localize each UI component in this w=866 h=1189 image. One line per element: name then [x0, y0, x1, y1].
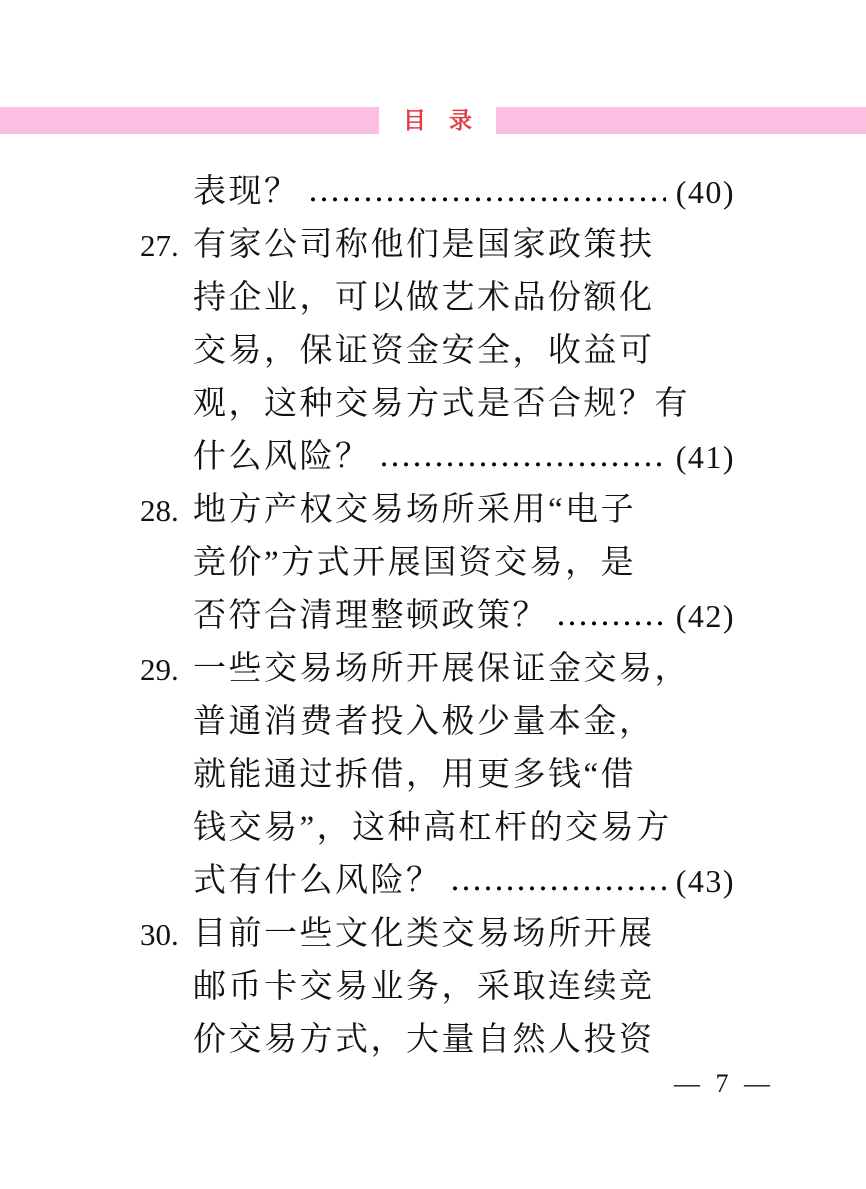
entry-lines: 一些交易场所开展保证金交易，普通消费者投入极少量本金，就能通过拆借，用更多钱“借… [193, 643, 735, 908]
header-title-box: 目 录 [379, 107, 496, 134]
toc-page: 目 录 表现？(40)27.有家公司称他们是国家政策扶持企业，可以做艺术品份额化… [0, 0, 866, 1189]
toc-leader-line: 式有什么风险？(43) [193, 855, 735, 908]
leader-dots [379, 431, 666, 484]
toc-line-text: 什么风险？ [193, 431, 371, 484]
toc-entry: 28.地方产权交易场所采用“电子竞价”方式开展国资交易，是否符合清理整顿政策？(… [140, 484, 740, 643]
toc-leader-line: 表现？(40) [193, 166, 735, 219]
entry-page-number: (41) [676, 431, 735, 484]
entry-number: 27. [140, 219, 193, 484]
entry-lines: 地方产权交易场所采用“电子竞价”方式开展国资交易，是否符合清理整顿政策？(42) [193, 484, 735, 643]
entry-page-number: (42) [676, 590, 735, 643]
toc-line: 竞价”方式开展国资交易，是 [193, 537, 735, 590]
entry-page-number: (40) [676, 166, 735, 219]
toc-line: 有家公司称他们是国家政策扶 [193, 219, 735, 272]
entry-number: 28. [140, 484, 193, 643]
entry-lines: 表现？(40) [193, 166, 735, 219]
header: 目 录 [0, 107, 866, 134]
entry-page-number: (43) [676, 855, 735, 908]
toc-line: 交易，保证资金安全，收益可 [193, 325, 735, 378]
toc-line: 观，这种交易方式是否合规？有 [193, 378, 735, 431]
toc-list: 表现？(40)27.有家公司称他们是国家政策扶持企业，可以做艺术品份额化交易，保… [140, 166, 740, 1067]
toc-line: 钱交易”，这种高杠杆的交易方 [193, 802, 735, 855]
toc-entry: 30.目前一些文化类交易场所开展邮币卡交易业务，采取连续竞价交易方式，大量自然人… [140, 908, 740, 1067]
toc-leader-line: 否符合清理整顿政策？(42) [193, 590, 735, 643]
toc-line: 目前一些文化类交易场所开展 [193, 908, 735, 961]
entry-number [140, 166, 193, 219]
toc-entry: 29.一些交易场所开展保证金交易，普通消费者投入极少量本金，就能通过拆借，用更多… [140, 643, 740, 908]
leader-dots [556, 590, 666, 643]
leader-dots [308, 166, 666, 219]
entry-number: 29. [140, 643, 193, 908]
toc-line: 持企业，可以做艺术品份额化 [193, 272, 735, 325]
toc-line: 就能通过拆借，用更多钱“借 [193, 749, 735, 802]
toc-line-text: 表现？ [193, 166, 300, 219]
toc-line: 地方产权交易场所采用“电子 [193, 484, 735, 537]
entry-number: 30. [140, 908, 193, 1067]
page-title: 目 录 [403, 107, 472, 134]
header-band-right [496, 107, 866, 134]
toc-line: 一些交易场所开展保证金交易， [193, 643, 735, 696]
toc-leader-line: 什么风险？(41) [193, 431, 735, 484]
page-number: — 7 — [0, 1066, 866, 1102]
entry-lines: 有家公司称他们是国家政策扶持企业，可以做艺术品份额化交易，保证资金安全，收益可观… [193, 219, 735, 484]
toc-entry: 27.有家公司称他们是国家政策扶持企业，可以做艺术品份额化交易，保证资金安全，收… [140, 219, 740, 484]
toc-line: 价交易方式，大量自然人投资 [193, 1014, 735, 1067]
entry-lines: 目前一些文化类交易场所开展邮币卡交易业务，采取连续竞价交易方式，大量自然人投资 [193, 908, 735, 1067]
toc-line: 邮币卡交易业务，采取连续竞 [193, 961, 735, 1014]
toc-line-text: 式有什么风险？ [193, 855, 442, 908]
leader-dots [450, 855, 666, 908]
toc-entry: 表现？(40) [140, 166, 740, 219]
header-band-left [0, 107, 379, 134]
toc-line: 普通消费者投入极少量本金， [193, 696, 735, 749]
toc-line-text: 否符合清理整顿政策？ [193, 590, 548, 643]
